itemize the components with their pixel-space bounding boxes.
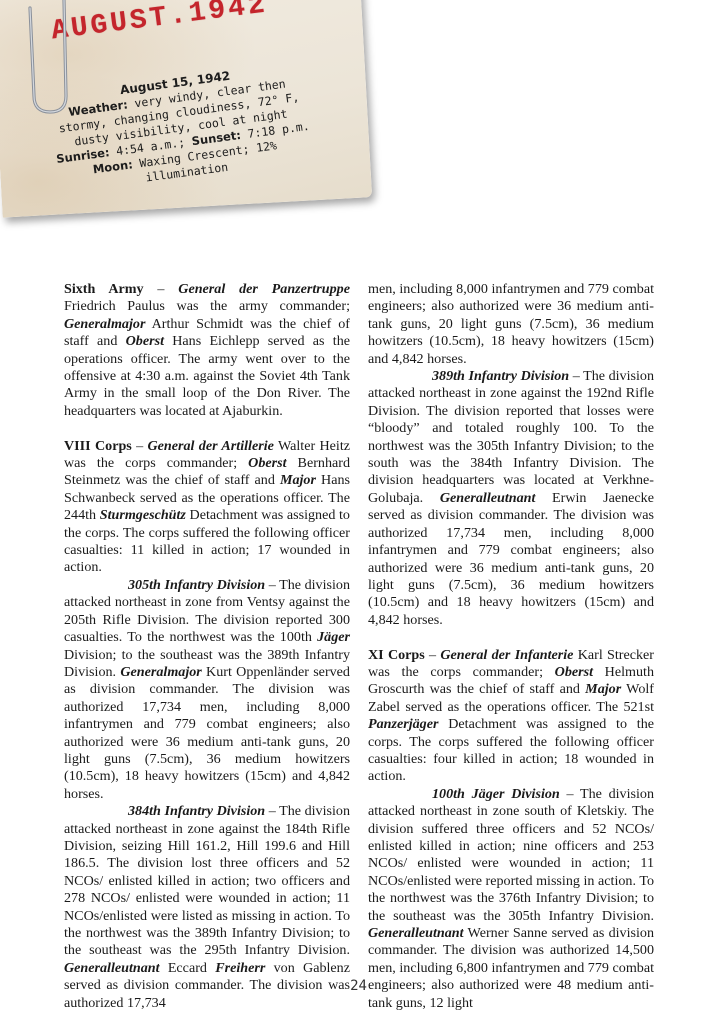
section-heading: Sixth Army	[64, 281, 144, 297]
rank-term: Generalmajor	[120, 664, 201, 680]
rank-term: General der Artillerie	[148, 438, 274, 454]
rank-term: Oberst	[248, 455, 286, 471]
division-heading: 384th Infantry Division	[128, 803, 265, 819]
weather-block: August 15, 1942 Weather: very windy, cle…	[40, 58, 321, 197]
body-text: Erwin Jaenecke served as division comman…	[368, 490, 654, 628]
body-text: men, including 8,000 infantrymen and 779…	[368, 281, 654, 367]
body-text: – The division attacked northeast in zon…	[64, 803, 350, 958]
left-column: Sixth Army – General der Panzertruppe Fr…	[64, 281, 350, 1012]
rank-term: General der Infanterie	[440, 647, 573, 663]
body-text: – The division attacked northeast in zon…	[368, 786, 654, 924]
page-number: 24	[0, 978, 717, 994]
rank-term: Major	[585, 681, 621, 697]
card-title: AUGUST.1942	[50, 0, 270, 47]
384th-continued-paragraph: men, including 8,000 infantrymen and 779…	[368, 281, 654, 368]
dash: –	[144, 281, 179, 297]
rank-term: Major	[280, 472, 316, 488]
unit-term: Sturmgeschütz	[100, 507, 186, 523]
rank-term: Generalmajor	[64, 316, 145, 332]
rank-term: Oberst	[555, 664, 593, 680]
unit-term: Jäger	[317, 629, 350, 645]
division-heading: 389th Infantry Division	[432, 368, 569, 384]
body-text: – The division attacked northeast in zon…	[368, 368, 654, 506]
dash: –	[132, 438, 148, 454]
rank-term: Generalleutnant	[64, 960, 160, 976]
section-heading: VIII Corps	[64, 438, 132, 454]
389th-division-paragraph: 389th Infantry Division – The division a…	[368, 368, 654, 629]
rank-term: Oberst	[126, 333, 164, 349]
rank-term: Freiherr	[215, 960, 265, 976]
right-column: men, including 8,000 infantrymen and 779…	[368, 281, 654, 1012]
section-heading: XI Corps	[368, 647, 425, 663]
rank-term: Generalleutnant	[368, 925, 464, 941]
rank-term: Generalleutnant	[440, 490, 536, 506]
305th-division-paragraph: 305th Infantry Division – The division a…	[64, 577, 350, 803]
dash: –	[425, 647, 441, 663]
division-heading: 305th Infantry Division	[128, 577, 265, 593]
sixth-army-paragraph: Sixth Army – General der Panzertruppe Fr…	[64, 281, 350, 420]
rank-term: General der Panzertruppe	[178, 281, 350, 297]
xi-corps-paragraph: XI Corps – General der Infanterie Karl S…	[368, 647, 654, 786]
division-heading: 100th Jäger Division	[432, 786, 560, 802]
unit-term: Panzerjäger	[368, 716, 438, 732]
viii-corps-paragraph: VIII Corps – General der Artillerie Walt…	[64, 438, 350, 577]
paper-clip-icon	[26, 0, 70, 118]
body-text: Kurt Oppenländer served as division comm…	[64, 664, 350, 802]
body-text: Eccard	[160, 960, 216, 976]
body-text: Friedrich Paulus was the army commander;	[64, 298, 350, 314]
